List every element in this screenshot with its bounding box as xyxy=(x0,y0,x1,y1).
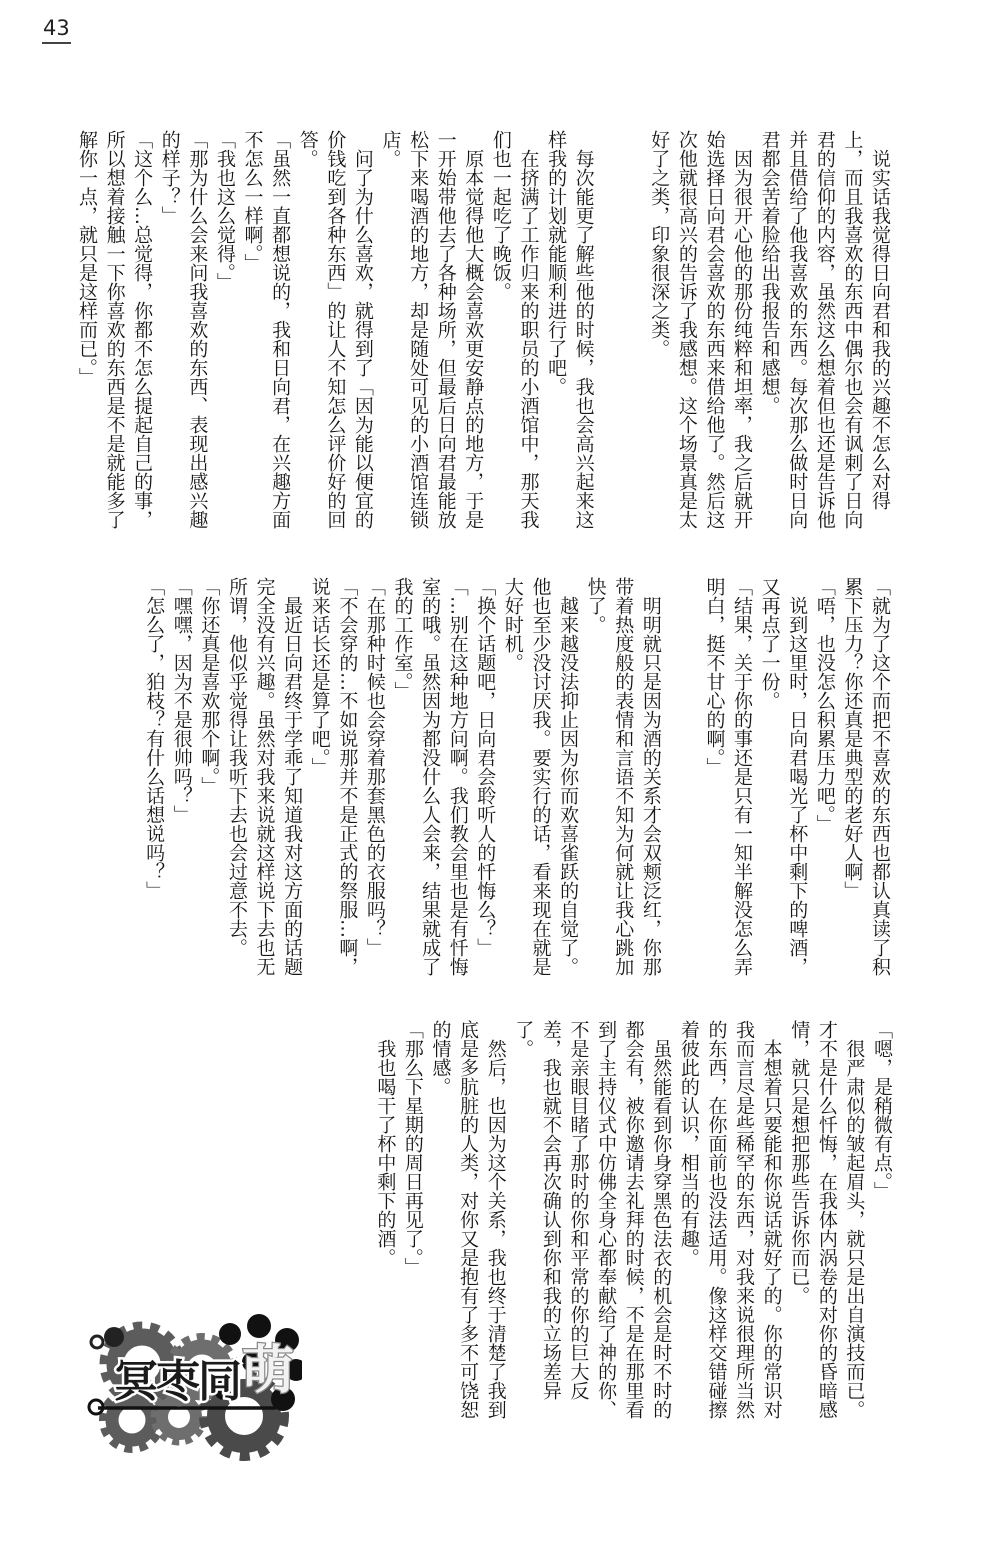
paragraph-dialog: 「虽然一直都想说的，我和日向君，在兴趣方面不怎么一样啊。」 xyxy=(238,130,293,530)
paragraph-dialog: 「嘿嘿，因为不是很帅吗？」 xyxy=(167,577,195,977)
paragraph-dialog: 「那为什么会来问我喜欢的东西、表现出感兴趣的样子？」 xyxy=(155,130,210,530)
paragraph-dialog: 「怎么了，狛枝？有什么话想说吗？」 xyxy=(140,577,168,977)
text-block-1: 说实话我觉得日向君和我的兴趣不怎么对得上，而且我喜欢的东西中偶尔也会有讽刺了日向… xyxy=(72,130,893,530)
paragraph: 最近日向君终于学乖了知道我对这方面的话题完全没有兴趣。虽然对我来说就这样说下去也… xyxy=(222,577,305,977)
paragraph: 虽然能看到你身穿黑色法衣的机会是时不时的都会有，被你邀请去礼拜的时候，不是在那里… xyxy=(509,1020,675,1434)
paragraph: 我也喝干了杯中剩下的酒。 xyxy=(371,1020,399,1434)
logo-text-accent: 萌 xyxy=(242,1341,294,1401)
paragraph: 每次能更了解些他的时候，我也会高兴起来这样我的计划就能顺利进行了吧。 xyxy=(541,130,596,530)
paragraph: 在挤满了工作归来的职员的小酒馆中，那天我们也一起吃了晚饭。 xyxy=(486,130,541,530)
paragraph-dialog: 「不会穿的…不如说那并不是正式的祭服…啊，说来话长还是算了吧。」 xyxy=(305,577,360,977)
circle-group-logo: 冥枣同 萌 xyxy=(84,1312,302,1462)
paragraph: 越来越没法抑止因为你而欢喜雀跃的自觉了。他也至少没讨厌我。要实行的话，看来现在就… xyxy=(498,577,581,977)
paragraph: 原本觉得他大概会喜欢更安静点的地方，于是一开始带他去了各种场所，但最后日向君最能… xyxy=(376,130,486,530)
paragraph-dialog: 「就为了这个而把不喜欢的东西也都认真读了积累下压力？你还真是典型的老好人啊」 xyxy=(838,577,893,977)
paragraph: 本想着只要能和你说话就好了的。你的常识对我而言尽是些稀罕的东西，对我来说很理所当… xyxy=(674,1020,784,1434)
document-page: 43 说实话我觉得日向君和我的兴趣不怎么对得上，而且我喜欢的东西中偶尔也会有讽刺… xyxy=(0,0,1000,1561)
logo-text-main: 冥枣同 xyxy=(114,1356,240,1407)
paragraph-dialog: 「你还真是喜欢那个啊。」 xyxy=(195,577,223,977)
paragraph-dialog: 「在那种时候也会穿着那套黑色的衣服吗？」 xyxy=(360,577,388,977)
paragraph-dialog: 「嗯，是稍微有点。」 xyxy=(867,1020,895,1434)
paragraph-dialog: 「结果，关于你的事还是只有一知半解没怎么弄明白，挺不甘心的啊。」 xyxy=(700,577,755,977)
paragraph: 说实话我觉得日向君和我的兴趣不怎么对得上，而且我喜欢的东西中偶尔也会有讽刺了日向… xyxy=(755,130,893,530)
paragraph-dialog: 「…别在这种地方问啊。我们教会里也是有忏悔室的哦。虽然因为都没什么人会来，结果就… xyxy=(388,577,471,977)
paragraph: 说到这里时，日向君喝光了杯中剩下的啤酒，又再点了一份。 xyxy=(755,577,810,977)
text-block-3: 「嗯，是稍微有点。」 很严肃似的皱起眉头，就只是出自演技而已。才不是什么忏悔，在… xyxy=(371,1020,895,1434)
text-block-2: 「就为了这个而把不喜欢的东西也都认真读了积累下压力？你还真是典型的老好人啊」 「… xyxy=(140,577,893,977)
paragraph-dialog: 「这个么…总觉得，你都不怎么提起自己的事，所以想着接触一下你喜欢的东西是不是就能… xyxy=(72,130,155,530)
paragraph-dialog: 「我也这么觉得。」 xyxy=(210,130,238,530)
paragraph-dialog: 「那么下星期的周日再见了。」 xyxy=(398,1020,426,1434)
paragraph-dialog: 「换个话题吧，日向君会聆听人的忏悔么？」 xyxy=(471,577,499,977)
paragraph: 问了为什么喜欢，就得到了「因为能以便宜的价钱吃到各种东西」的让人不知怎么评价好的… xyxy=(293,130,376,530)
paragraph: 然后，也因为这个关系，我也终于清楚了我到底是多肮脏的人类，对你又是抱有了多不可饶… xyxy=(426,1020,509,1434)
paragraph-dialog: 「唔，也没怎么积累压力吧。」 xyxy=(810,577,838,977)
page-number: 43 xyxy=(42,16,71,44)
paragraph: 明明就只是因为酒的关系才会双颊泛红，你那带着热度般的表情和言语不知为何就让我心跳… xyxy=(581,577,664,977)
paragraph: 很严肃似的皱起眉头，就只是出自演技而已。才不是什么忏悔，在我体内涡卷的对你的昏暗… xyxy=(785,1020,868,1434)
paragraph: 因为很开心他的那份纯粹和坦率，我之后就开始选择日向君会喜欢的东西来借给他了。然后… xyxy=(645,130,755,530)
